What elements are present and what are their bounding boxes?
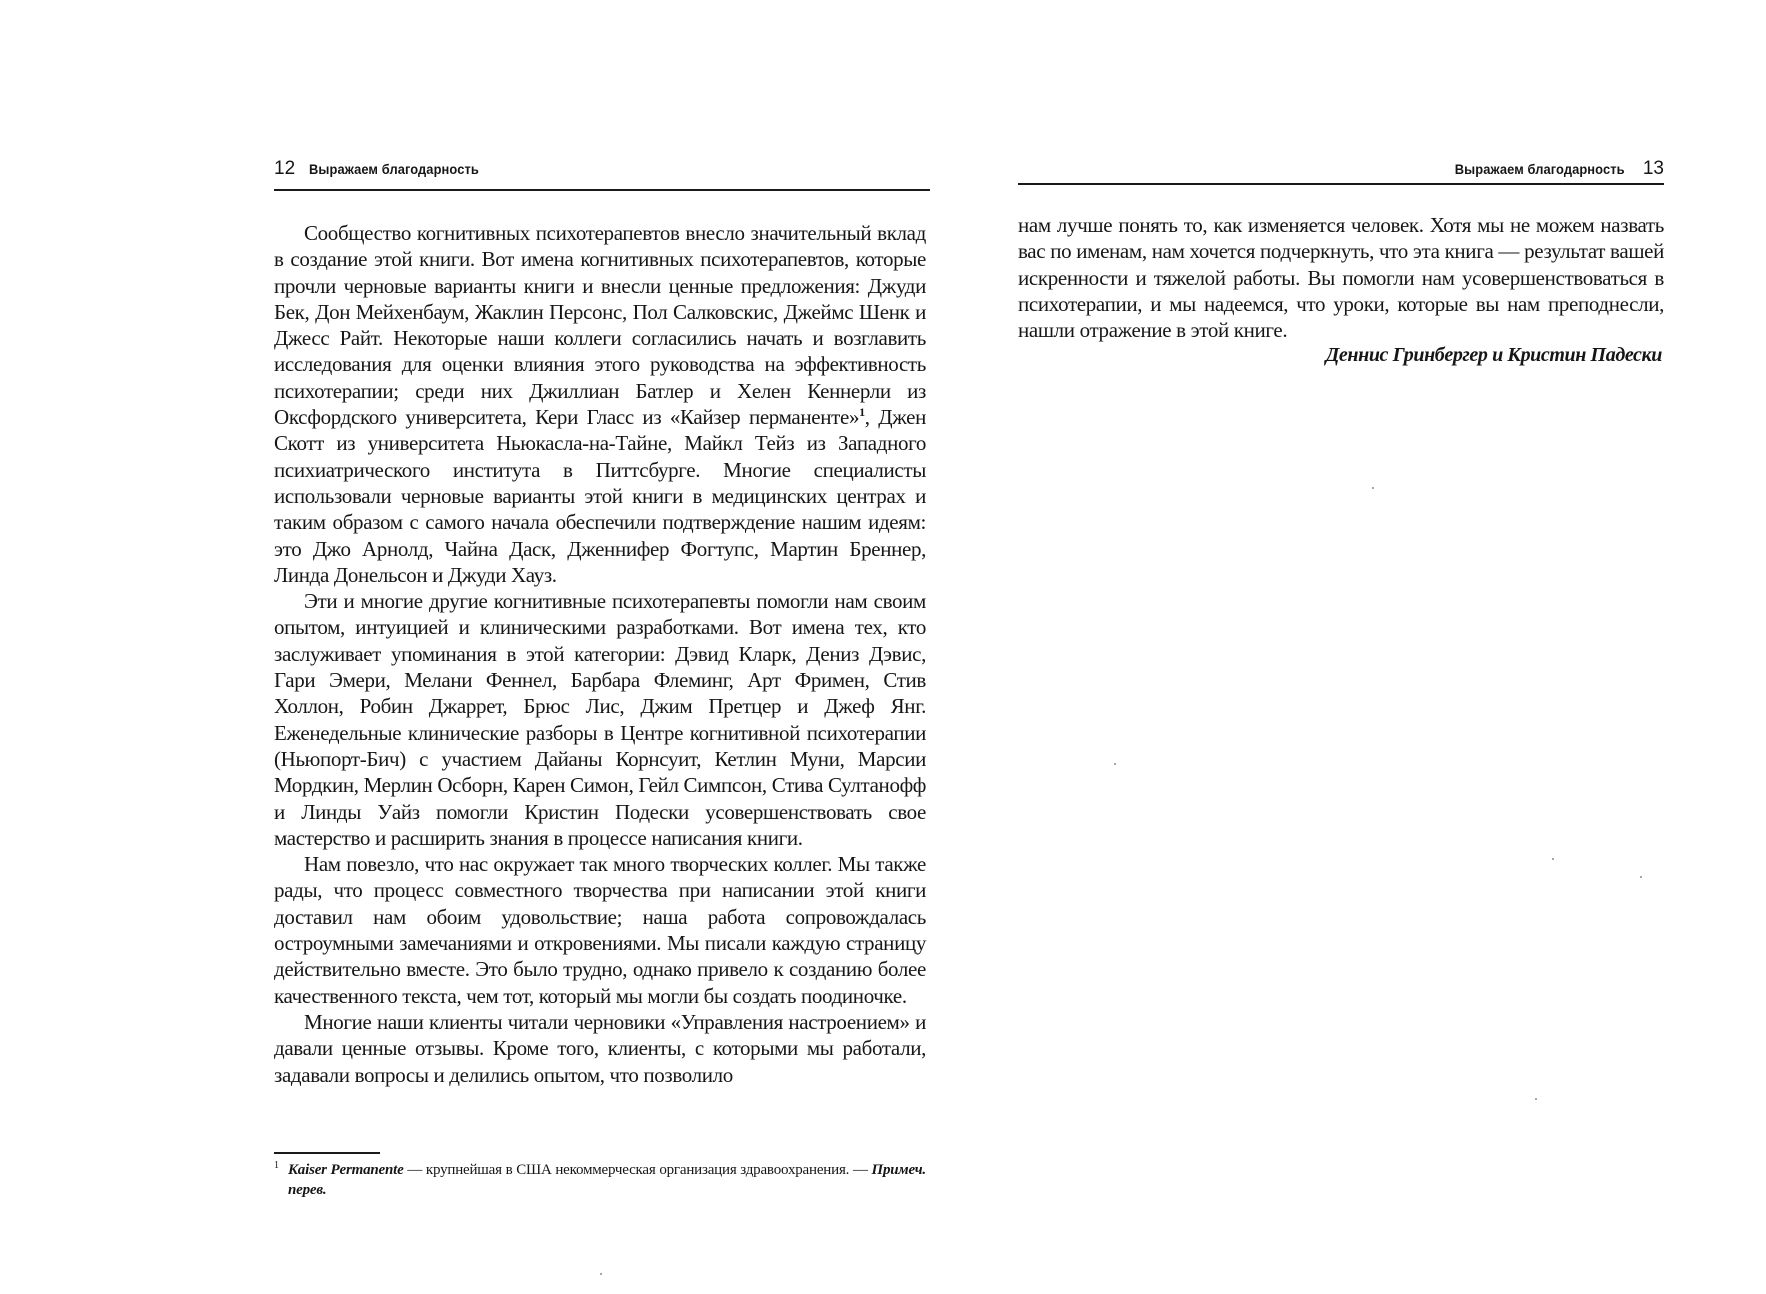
paragraph: Эти и многие другие когнитивные психотер… <box>274 588 926 851</box>
footnote-rule <box>274 1152 380 1154</box>
body-text-left: Сообщество когнитивных психотерапевтов в… <box>274 220 926 1088</box>
scan-speck <box>1114 763 1116 765</box>
paragraph-text: Сообщество когнитивных психотерапевтов в… <box>274 221 926 429</box>
running-title: Выражаем благодарность <box>1455 161 1625 177</box>
running-head-left: 12 Выражаем благодарность <box>274 158 926 184</box>
paragraph: Нам повезло, что нас окружает так много … <box>274 851 926 1009</box>
paragraph: нам лучше понять то, как изменяется чело… <box>1018 212 1664 343</box>
scan-speck <box>600 1273 602 1275</box>
paragraph-text: , Джен Скотт из университета Ньюкасла-на… <box>274 405 926 587</box>
running-title: Выражаем благодарность <box>309 161 479 177</box>
signature: Деннис Гринбергер и Кристин Падески <box>1326 344 1662 367</box>
footnote-mark: 1 <box>274 1156 279 1176</box>
scan-speck <box>1535 1098 1537 1100</box>
scan-speck <box>1552 858 1554 860</box>
header-rule <box>274 189 930 191</box>
paragraph: Сообщество когнитивных психотерапевтов в… <box>274 220 926 588</box>
footnote-text: — крупнейшая в США некоммерческая органи… <box>404 1162 872 1178</box>
paragraph: Многие наши клиенты читали черновики «Уп… <box>274 1009 926 1088</box>
footnote: 1 Kaiser Permanente — крупнейшая в США н… <box>274 1160 926 1200</box>
page-number: 13 <box>1643 158 1664 180</box>
footnote-term: Kaiser Permanente <box>288 1162 404 1178</box>
header-rule <box>1018 183 1664 185</box>
page-number: 12 <box>274 158 295 180</box>
running-head-right: Выражаем благодарность 13 <box>1018 158 1664 184</box>
scan-speck <box>1372 487 1374 489</box>
scan-speck <box>1640 876 1642 878</box>
body-text-right: нам лучше понять то, как изменяется чело… <box>1018 212 1664 343</box>
